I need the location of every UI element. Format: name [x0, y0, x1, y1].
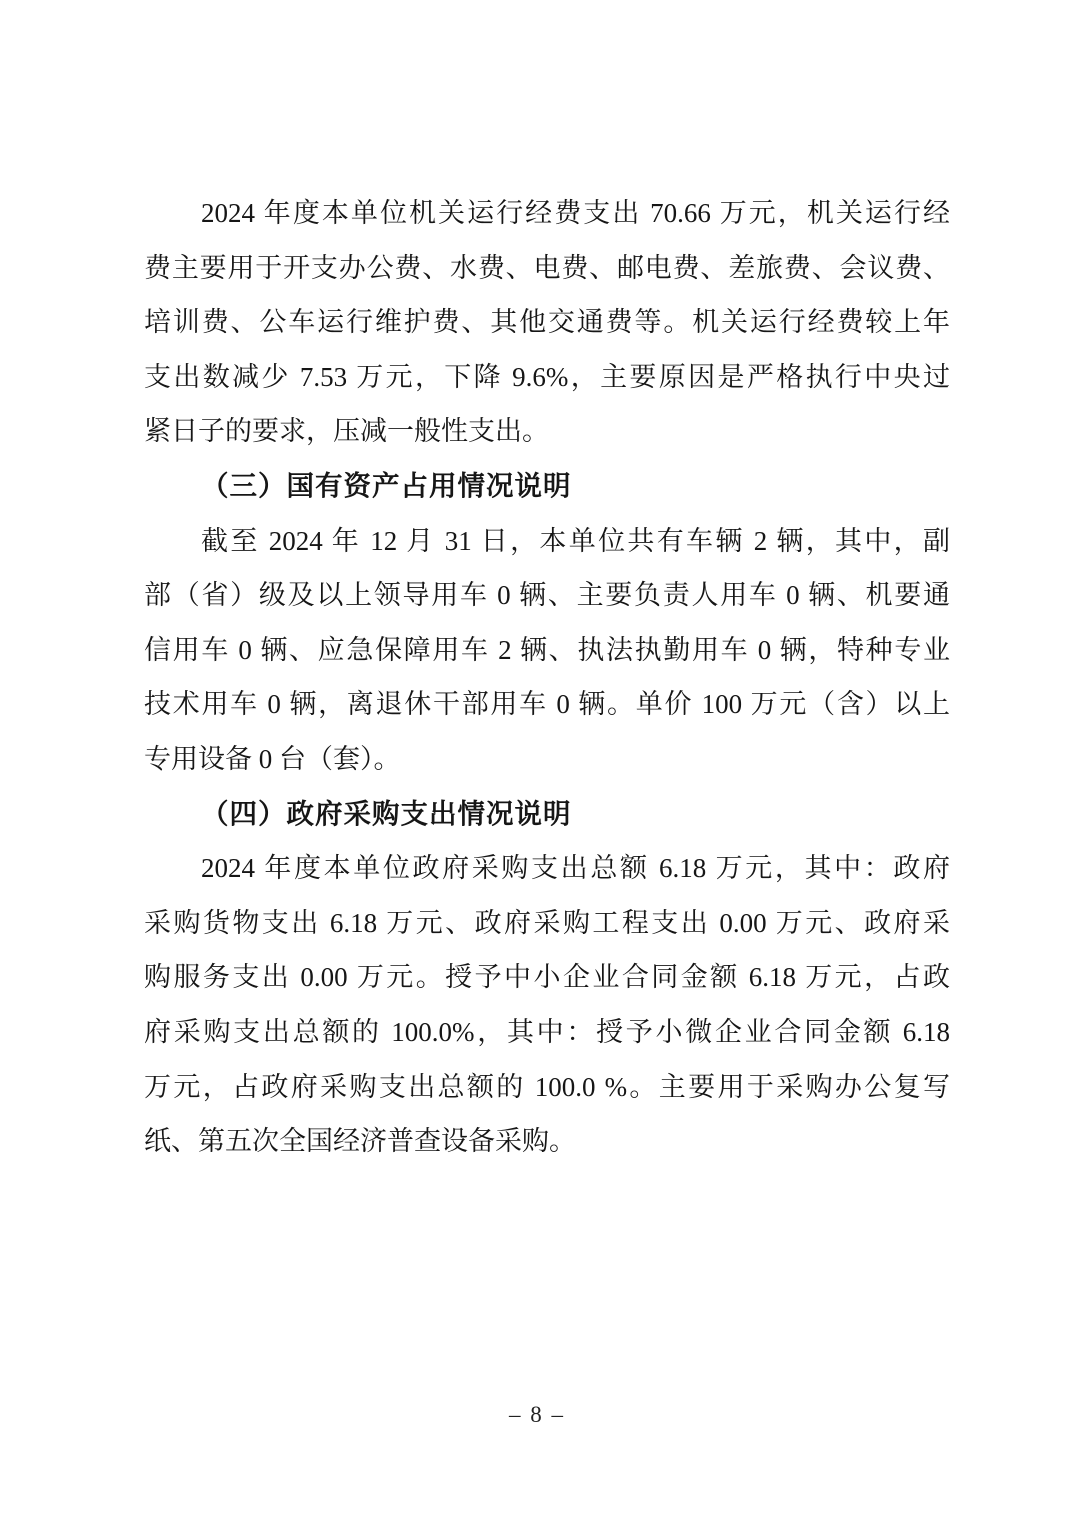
text-line: 支出数减少 7.53 万元，下降 9.6%，主要原因是严格执行中央过	[144, 350, 950, 405]
text-line: 培训费、公车运行维护费、其他交通费等。机关运行经费较上年	[144, 295, 950, 350]
page-number: – 8 –	[509, 1402, 565, 1427]
heading-state-owned-assets: （三）国有资产占用情况说明	[144, 459, 950, 514]
heading-government-procurement: （四）政府采购支出情况说明	[144, 787, 950, 842]
text-line: 技术用车 0 辆，离退休干部用车 0 辆。单价 100 万元（含）以上	[144, 677, 950, 732]
paragraph-agency-operating-expenses: 2024 年度本单位机关运行经费支出 70.66 万元，机关运行经 费主要用于开…	[144, 186, 950, 459]
text-line: 府采购支出总额的 100.0%，其中：授予小微企业合同金额 6.18	[144, 1005, 950, 1060]
text-line: 纸、第五次全国经济普查设备采购。	[144, 1114, 950, 1169]
text-line: 紧日子的要求，压减一般性支出。	[144, 404, 950, 459]
paragraph-government-procurement: 2024 年度本单位政府采购支出总额 6.18 万元，其中：政府 采购货物支出 …	[144, 841, 950, 1169]
text-line: 2024 年度本单位机关运行经费支出 70.66 万元，机关运行经	[144, 186, 950, 241]
page-footer: – 8 –	[0, 1400, 1074, 1430]
text-line: 截至 2024 年 12 月 31 日，本单位共有车辆 2 辆，其中，副	[144, 514, 950, 569]
text-line: 2024 年度本单位政府采购支出总额 6.18 万元，其中：政府	[144, 841, 950, 896]
text-line: 专用设备 0 台（套）。	[144, 732, 950, 787]
document-page: 2024 年度本单位机关运行经费支出 70.66 万元，机关运行经 费主要用于开…	[0, 0, 1074, 1520]
text-line: 采购货物支出 6.18 万元、政府采购工程支出 0.00 万元、政府采	[144, 896, 950, 951]
text-line: 购服务支出 0.00 万元。授予中小企业合同金额 6.18 万元，占政	[144, 950, 950, 1005]
paragraph-state-assets-usage: 截至 2024 年 12 月 31 日，本单位共有车辆 2 辆，其中，副 部（省…	[144, 514, 950, 787]
text-line: 费主要用于开支办公费、水费、电费、邮电费、差旅费、会议费、	[144, 241, 950, 296]
text-line: 万元，占政府采购支出总额的 100.0 %。主要用于采购办公复写	[144, 1060, 950, 1115]
text-line: 信用车 0 辆、应急保障用车 2 辆、执法执勤用车 0 辆，特种专业	[144, 623, 950, 678]
page-body: 2024 年度本单位机关运行经费支出 70.66 万元，机关运行经 费主要用于开…	[144, 186, 950, 1169]
text-line: 部（省）级及以上领导用车 0 辆、主要负责人用车 0 辆、机要通	[144, 568, 950, 623]
